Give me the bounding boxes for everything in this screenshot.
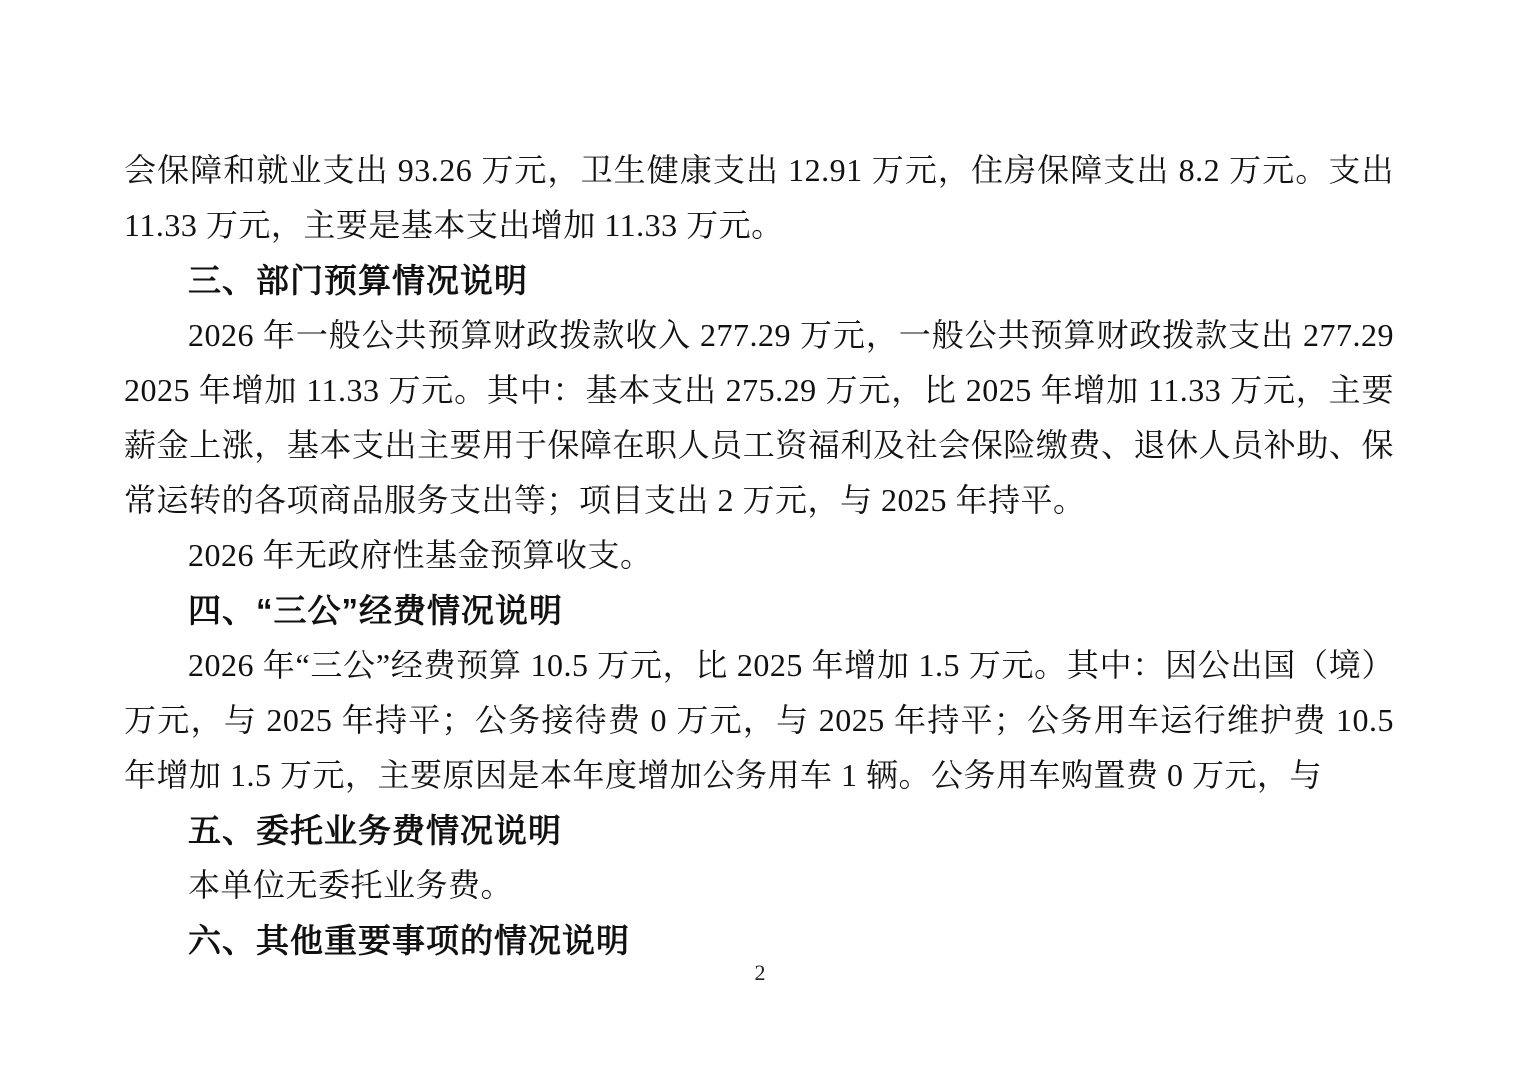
page-number: 2	[0, 958, 1520, 988]
paragraph-line: 薪金上涨，基本支出主要用于保障在职人员工资福利及社会保险缴费、退休人员补助、保障…	[124, 418, 1394, 473]
section-heading: 三、部门预算情况说明	[124, 253, 1394, 308]
paragraph-line: 本单位无委托业务费。	[124, 858, 1394, 913]
paragraph-line: 常运转的各项商品服务支出等；项目支出 2 万元，与 2025 年持平。	[124, 473, 1394, 528]
paragraph-line: 2025 年增加 11.33 万元。其中：基本支出 275.29 万元，比 20…	[124, 363, 1394, 418]
document-page: 会保障和就业支出 93.26 万元，卫生健康支出 12.91 万元，住房保障支出…	[0, 0, 1520, 1074]
paragraph-line: 会保障和就业支出 93.26 万元，卫生健康支出 12.91 万元，住房保障支出…	[124, 143, 1394, 198]
paragraph-line: 11.33 万元，主要是基本支出增加 11.33 万元。	[124, 198, 1394, 253]
text-block: 会保障和就业支出 93.26 万元，卫生健康支出 12.91 万元，住房保障支出…	[124, 143, 1394, 968]
section-heading: 四、“三公”经费情况说明	[124, 583, 1394, 638]
section-heading: 五、委托业务费情况说明	[124, 803, 1394, 858]
paragraph-line: 2026 年“三公”经费预算 10.5 万元，比 2025 年增加 1.5 万元…	[124, 638, 1394, 693]
paragraph-line: 2026 年无政府性基金预算收支。	[124, 528, 1394, 583]
paragraph-line: 万元，与 2025 年持平；公务接待费 0 万元，与 2025 年持平；公务用车…	[124, 693, 1394, 748]
paragraph-line: 2026 年一般公共预算财政拨款收入 277.29 万元，一般公共预算财政拨款支…	[124, 308, 1394, 363]
paragraph-line: 年增加 1.5 万元，主要原因是本年度增加公务用车 1 辆。公务用车购置费 0 …	[124, 748, 1394, 803]
